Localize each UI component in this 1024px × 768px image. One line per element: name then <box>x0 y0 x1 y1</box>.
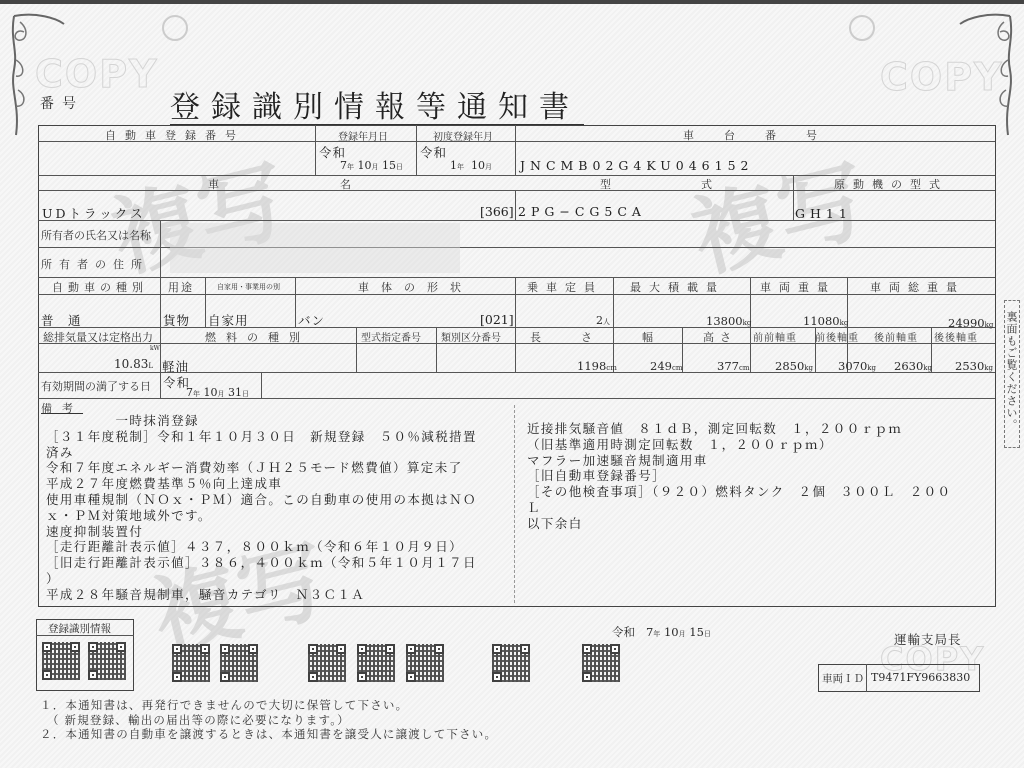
qr-code <box>220 644 258 682</box>
vehicle-name: UDトラックス <box>42 204 146 222</box>
header-body-shape: 車体の形状 <box>358 279 473 295</box>
displacement-unit-kw: kW <box>150 345 160 352</box>
first-registration-era: 令和 <box>420 143 447 161</box>
header-model: 型式 <box>600 176 802 192</box>
header-vehicle-name-1: 車 <box>208 176 221 192</box>
height-value: 377cm <box>717 359 750 373</box>
qr-code <box>172 644 210 682</box>
header-fr-axle: 前後軸重 <box>815 329 859 344</box>
length-value: 1198cm <box>577 359 617 373</box>
qr-code <box>492 644 530 682</box>
body-shape-value: バン <box>298 311 325 329</box>
qr-code <box>308 644 346 682</box>
header-gross-weight: 車両総重量 <box>870 279 965 295</box>
header-private-business: 自家用・事業用の別 <box>217 282 280 292</box>
header-expiry: 有効期間の満了する日 <box>41 378 151 394</box>
copy-watermark: COPY <box>880 55 1004 99</box>
number-label: 番号 <box>40 93 84 113</box>
qr-code <box>582 644 620 682</box>
qr-code <box>42 642 80 680</box>
expiry-date: 7年 10月 31日 <box>186 386 249 399</box>
emblem-icon <box>842 12 882 48</box>
qr-box-label: 登録識別情報 <box>48 621 111 636</box>
header-type-designation: 型式指定番号 <box>361 329 421 344</box>
displacement-value: 10.83L <box>114 357 153 371</box>
header-length: 長さ <box>530 329 632 345</box>
footer-notes: １．本通知書は、再発行できませんので大切に保管して下さい。 （ 新規登録、輸出の… <box>40 698 497 742</box>
capacity-value: 2人 <box>596 314 610 327</box>
qr-code <box>406 644 444 682</box>
ff-axle-value: 2850kg <box>775 359 813 373</box>
rr-axle-value: 2530kg <box>955 359 993 373</box>
private-business-value: 自家用 <box>208 311 249 329</box>
rf-axle-value: 2630kg <box>894 359 932 373</box>
body-shape-code: [021] <box>480 312 514 327</box>
registration-date: 7年 10月 15日 <box>340 159 403 172</box>
header-vehicle-weight: 車両重量 <box>760 279 836 295</box>
header-width: 幅 <box>642 329 655 345</box>
header-max-load: 最大積載量 <box>630 279 725 295</box>
owner-redacted <box>170 223 460 273</box>
header-vehicle-name-2: 名 <box>340 176 353 192</box>
emblem-icon <box>155 12 195 48</box>
max-load-value: 13800kg <box>706 314 751 328</box>
vehicle-type-value: 普 通 <box>41 311 82 329</box>
remarks-right: 近接排気騒音値 ８１ｄＢ，測定回転数 １，２００ｒｐｍ （旧基準適用時測定回転数… <box>527 421 951 532</box>
header-registration-date: 登録年月日 <box>338 128 388 143</box>
width-value: 249cm <box>650 359 683 373</box>
vehicle-id-value: T9471FY9663830 <box>871 671 970 684</box>
copy-watermark: COPY <box>35 52 159 96</box>
vehicle-weight-value: 11080kg <box>803 314 848 328</box>
engine-model-value: GH11 <box>795 206 852 221</box>
document-title: 登録識別情報等通知書 <box>170 92 584 125</box>
header-first-registration: 初度登録年月 <box>433 128 493 143</box>
header-capacity: 乗車定員 <box>527 279 603 295</box>
document-page: COPY COPY COPY 複写 複写 複写 番号 登録識別情報等通知書 自動… <box>0 0 1024 768</box>
header-fuel-type: 燃料の種別 <box>205 329 310 345</box>
header-vehicle-type: 自動車の種別 <box>52 279 148 295</box>
see-reverse-note: 裏面もご覧ください。 <box>1004 300 1020 448</box>
vehicle-name-code: [366] <box>480 204 514 219</box>
header-chassis-number: 車台番号 <box>683 127 847 143</box>
model-value: 2PG−CG5CA <box>518 204 646 219</box>
header-registration-number: 自動車登録番号 <box>105 127 245 143</box>
header-rr-axle: 後後軸重 <box>934 329 978 344</box>
header-category-number: 類別区分番号 <box>441 329 501 344</box>
use-value: 貨物 <box>163 311 190 329</box>
issue-date: 令和 7年 10月 15日 <box>612 624 711 640</box>
header-engine-model: 原動機の型式 <box>834 176 948 192</box>
remarks-left: 一時抹消登録 ［３１年度税制］令和１年１０月３０日 新規登録 ５０％減税措置 済… <box>46 413 477 603</box>
header-use: 用途 <box>168 279 194 295</box>
scan-top-border <box>0 0 1024 4</box>
header-height: 高さ <box>703 329 737 345</box>
header-rf-axle: 後前軸重 <box>874 329 918 344</box>
qr-code <box>88 642 126 680</box>
header-displacement: 総排気量又は定格出力 <box>43 329 153 345</box>
fr-axle-value: 3070kg <box>838 359 876 373</box>
chassis-number: JNCMB02G4KU046152 <box>520 158 754 173</box>
vehicle-id-label: 車両ＩＤ <box>822 671 864 686</box>
header-ff-axle: 前前軸重 <box>753 329 797 344</box>
qr-code <box>357 644 395 682</box>
header-owner-address: 所有者の住所 <box>41 256 149 272</box>
first-registration-date: 1年 10月 <box>450 159 492 172</box>
gross-weight-value: 24990kg <box>948 316 993 330</box>
issuer: 運輸支局長 <box>894 630 962 648</box>
header-owner-name: 所有者の氏名又は名称 <box>41 227 151 243</box>
